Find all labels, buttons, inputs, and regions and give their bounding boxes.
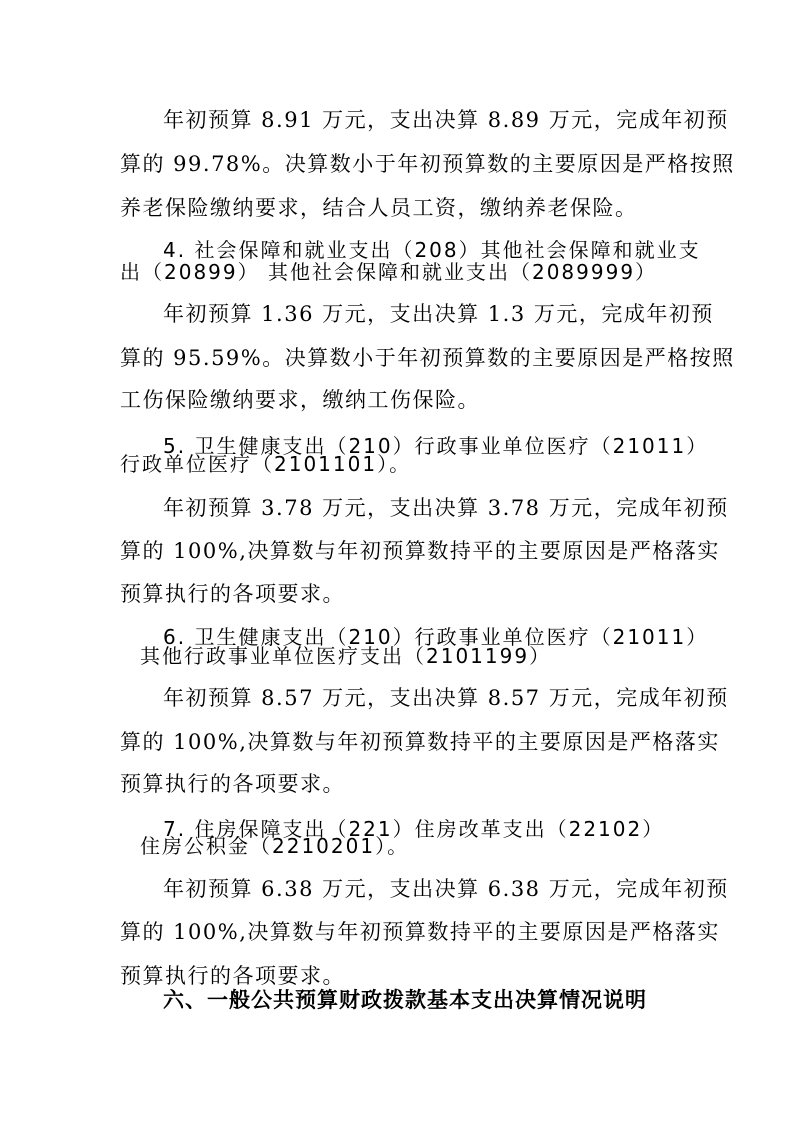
paragraph-line: 年初预算 6.38 万元，支出决算 6.38 万元，完成年初预: [163, 875, 729, 903]
paragraph-line: 算的 99.78%。决算数小于年初预算数的主要原因是严格按照: [120, 150, 735, 178]
paragraph-line: 年初预算 1.36 万元，支出决算 1.3 万元，完成年初预: [163, 300, 714, 328]
paragraph-line: 算的 100%,决算数与年初预算数持平的主要原因是严格落实: [120, 537, 720, 565]
paragraph-line: 年初预算 8.91 万元，支出决算 8.89 万元，完成年初预: [163, 106, 729, 134]
paragraph-line: 工伤保险缴纳要求，缴纳工伤保险。: [120, 386, 480, 414]
item-heading-5-cont: 行政单位医疗（2101101）。: [120, 450, 411, 478]
item-heading-7-cont: 住房公积金（2210201）。: [140, 832, 409, 860]
paragraph-line: 年初预算 8.57 万元，支出决算 8.57 万元，完成年初预: [163, 684, 729, 712]
paragraph-line: 年初预算 3.78 万元，支出决算 3.78 万元，完成年初预: [163, 494, 729, 522]
item-heading-4-cont: 出（20899） 其他社会保障和就业支出（2089999）: [120, 258, 657, 286]
paragraph-line: 养老保险缴纳要求，结合人员工资，缴纳养老保险。: [120, 194, 638, 222]
paragraph-line: 算的 100%,决算数与年初预算数持平的主要原因是严格落实: [120, 728, 720, 756]
paragraph-line: 预算执行的各项要求。: [120, 580, 345, 608]
paragraph-line: 预算执行的各项要求。: [120, 770, 345, 798]
section-heading: 六、一般公共预算财政拨款基本支出决算情况说明: [163, 986, 647, 1014]
paragraph-line: 算的 100%,决算数与年初预算数持平的主要原因是严格落实: [120, 918, 720, 946]
item-heading-6-cont: 其他行政事业单位医疗支出（2101199）: [140, 642, 551, 670]
paragraph-line: 算的 95.59%。决算数小于年初预算数的主要原因是严格按照: [120, 344, 735, 372]
document-page: 年初预算 8.91 万元，支出决算 8.89 万元，完成年初预 算的 99.78…: [0, 0, 793, 1122]
